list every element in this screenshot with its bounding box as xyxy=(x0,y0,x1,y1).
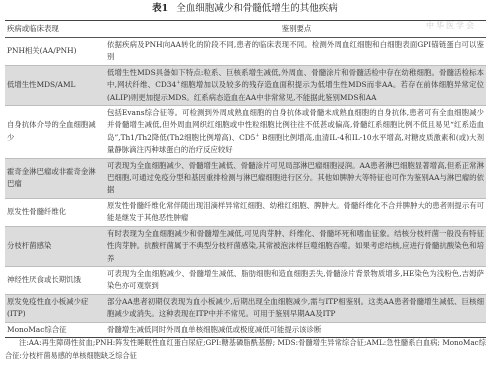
table-number: 表1 xyxy=(152,3,168,14)
table-row: PNH相关(AA/PNH) 依据疾病及PNH向AA转化的阶段不同,患者的临床表现… xyxy=(5,38,486,66)
row-disease: 霍奇金淋巴瘤或非霍奇金淋巴瘤 xyxy=(5,158,107,198)
row-disease: PNH相关(AA/PNH) xyxy=(5,38,107,66)
table-row: 分枝杆菌感染 有时表现为全血细胞减少和骨髓增生减低,可见肉芽肿、纤维化、骨髓坏死… xyxy=(5,226,486,266)
header-key-points: 鉴别要点 xyxy=(107,21,486,38)
row-key-points: 原发性骨髓纤维化常伴随出现泪滴样异常红细胞、幼稚红细胞、脾肿大。骨髓纤维化不合并… xyxy=(107,198,486,226)
table-caption: 表1全血细胞减少和骨髓低增生的其他疾病 xyxy=(0,2,490,16)
table-row: 霍奇金淋巴瘤或非霍奇金淋巴瘤 可表现为全血细胞减少、骨髓增生减低、骨髓涂片可见局… xyxy=(5,158,486,198)
row-key-points: 有时表现为全血细胞减少和骨髓增生减低,可见肉芽肿、纤维化、骨髓坏死和嗜血征象。结… xyxy=(107,226,486,266)
row-key-points: 低增生性MDS具备如下特点:粒系、巨核系增生减低,外周血、骨髓涂片和骨髓活检中存… xyxy=(107,65,486,105)
table-row: 原发免疫性血小板减少症(ITP) 部分AA患者初期仅表现为血小板减少,后期出现全… xyxy=(5,294,486,322)
row-disease: 低增生性MDS/AML xyxy=(5,65,107,105)
row-disease: 分枝杆菌感染 xyxy=(5,226,107,266)
row-key-points: 可表现为全血细胞减少、骨髓增生减低、脂肪细胞和造血细胞丢失,骨髓涂片背景物质增多… xyxy=(107,266,486,294)
row-disease: 自身抗体介导的全血细胞减少 xyxy=(5,106,107,159)
table-row: 自身抗体介导的全血细胞减少 包括Evans综合征等。可检测到外周成熟血细胞的自身… xyxy=(5,106,486,159)
row-key-points: 可表现为全血细胞减少、骨髓增生减低、骨髓涂片可见局部淋巴瘤细胞浸润。AA患者淋巴… xyxy=(107,158,486,198)
row-disease: 原发性骨髓纤维化 xyxy=(5,198,107,226)
table-row: MonoMac综合征 骨髓增生减低同时外周血单核细胞减低或极度减低可能提示该诊断 xyxy=(5,322,486,337)
row-key-points: 包括Evans综合征等。可检测到外周成熟血细胞的自身抗体或骨髓未成熟血细胞的自身… xyxy=(107,106,486,159)
table-header-row: 疾病或临床表现 鉴别要点 xyxy=(5,21,486,38)
row-key-points: 依据疾病及PNH向AA转化的阶段不同,患者的临床表现不同。检测外周血红细胞和白细… xyxy=(107,38,486,66)
row-key-points: 骨髓增生减低同时外周血单核细胞减低或极度减低可能提示该诊断 xyxy=(107,322,486,337)
row-key-points: 部分AA患者初期仅表现为血小板减少,后期出现全血细胞减少,需与ITP相鉴别。这类… xyxy=(107,294,486,322)
table-title: 全血细胞减少和骨髓低增生的其他疾病 xyxy=(176,3,338,14)
differential-table: 疾病或临床表现 鉴别要点 PNH相关(AA/PNH) 依据疾病及PNH向AA转化… xyxy=(5,20,486,338)
table-row: 神经性厌食或长期饥饿 可表现为全血细胞减少、骨髓增生减低、脂肪细胞和造血细胞丢失… xyxy=(5,266,486,294)
table-row: 低增生性MDS/AML 低增生性MDS具备如下特点:粒系、巨核系增生减低,外周血… xyxy=(5,65,486,105)
row-disease: 原发免疫性血小板减少症(ITP) xyxy=(5,294,107,322)
header-disease: 疾病或临床表现 xyxy=(5,21,107,38)
table-row: 原发性骨髓纤维化 原发性骨髓纤维化常伴随出现泪滴样异常红细胞、幼稚红细胞、脾肿大… xyxy=(5,198,486,226)
row-disease: 神经性厌食或长期饥饿 xyxy=(5,266,107,294)
table-footnote: 注:AA:再生障碍性贫血;PNH:阵发性睡眠性血红蛋白尿症;GPI:糖基磷脂酰基… xyxy=(5,337,486,362)
page: 表1全血细胞减少和骨髓低增生的其他疾病 中华医学会 疾病或临床表现 鉴别要点 P… xyxy=(0,0,490,365)
row-disease: MonoMac综合征 xyxy=(5,322,107,337)
